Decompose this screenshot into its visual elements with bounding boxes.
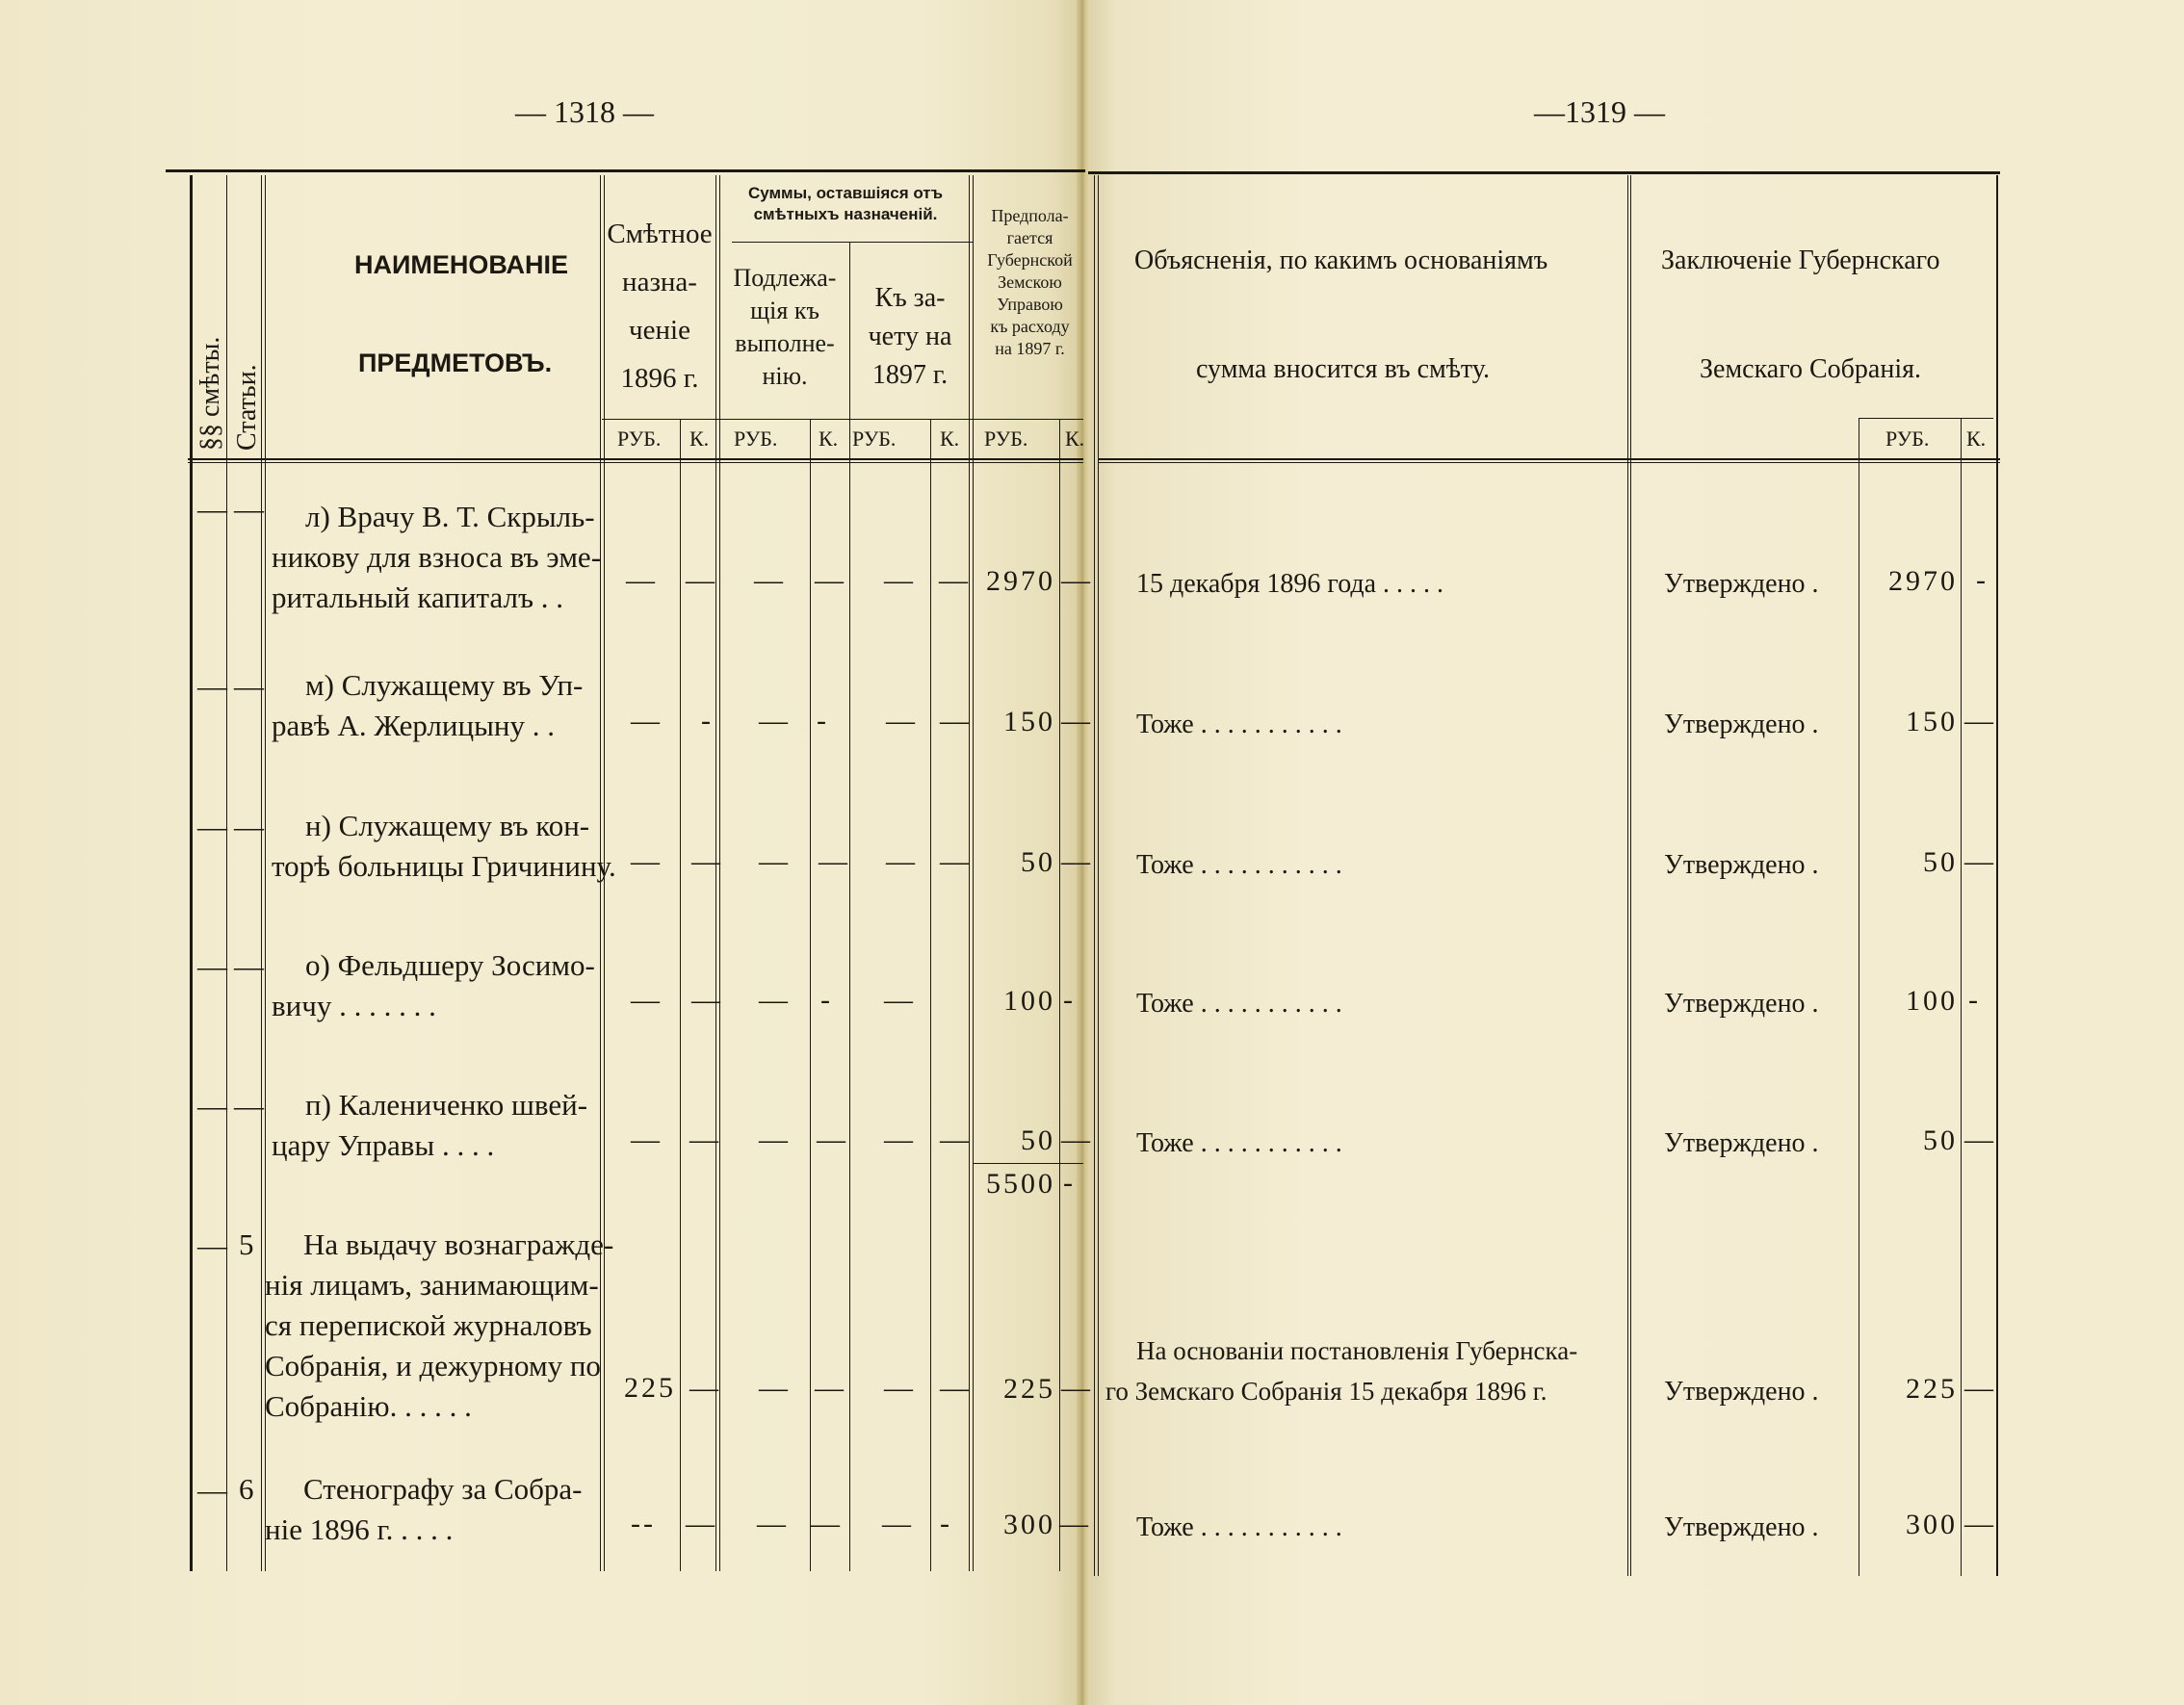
- credit-rub: —: [886, 705, 918, 737]
- section-cell: —: [197, 666, 227, 707]
- vline: [1627, 175, 1628, 1576]
- proposed-kop: —: [1061, 1124, 1093, 1156]
- exec-rub: —: [759, 984, 791, 1017]
- hdr-credit-l1: Къ за-: [851, 279, 969, 318]
- section-cell: —: [197, 1470, 227, 1511]
- explanation-text: Тоже . . . . . . . . . . .: [1136, 984, 1342, 1024]
- exec-rub: —: [759, 845, 791, 878]
- vline: [1059, 419, 1060, 1571]
- vline: [680, 419, 681, 1571]
- approved-kop: —: [1964, 1372, 1996, 1405]
- budget-kop: —: [686, 1508, 717, 1540]
- credit-kop: —: [940, 705, 972, 737]
- budget-rub: —: [631, 705, 663, 737]
- item-name: о) Фельдшеру Зосимо- вичу . . . . . . .: [272, 945, 595, 1026]
- item-name: м) Служащему въ Уп- равѣ А. Жерлицыну . …: [272, 665, 583, 746]
- hdr-exec-l4: нію.: [722, 360, 847, 393]
- vline: [1094, 175, 1095, 1576]
- approved-rub: 2970: [1888, 565, 1958, 598]
- approved-kop: —: [1964, 845, 1996, 878]
- conclusion-text: Утверждено .: [1664, 984, 1819, 1024]
- hdr-credit-l2: чету на: [851, 318, 969, 356]
- budget-rub: —: [626, 564, 658, 597]
- header-rule-right-2: [1098, 462, 2000, 463]
- hdr-exec-l3: выполне-: [722, 327, 847, 360]
- section-cell: —: [197, 807, 227, 847]
- credit-rub: —: [886, 845, 918, 878]
- name-line: Собранію. . . . . .: [265, 1386, 613, 1427]
- vline: [1630, 175, 1631, 1576]
- conclusion-text: Утверждено .: [1664, 845, 1819, 886]
- approved-rub: 150: [1906, 706, 1958, 738]
- proposed-rub: 150: [1003, 706, 1055, 738]
- kop-label: К.: [1966, 426, 1986, 452]
- budget-rub: —: [631, 845, 663, 878]
- header-conclusion-line1: Заключеніе Губернскаго: [1661, 245, 1939, 276]
- exec-kop: —: [815, 1372, 846, 1405]
- header-explanation-line1: Объясненія, по какимъ основаніямъ: [1134, 245, 1547, 276]
- header-budget-l4: 1896 г.: [605, 354, 715, 402]
- budget-kop: —: [689, 1124, 721, 1156]
- proposed-rub: 100: [1003, 985, 1055, 1018]
- proposed-rub: 50: [1021, 1124, 1055, 1157]
- proposed-rub: 300: [1003, 1509, 1055, 1541]
- explanation-line: На основаніи постановленія Губернска-: [1105, 1330, 1577, 1371]
- name-line: Собранія, и дежурному по: [265, 1346, 613, 1386]
- header-name-line1: НАИМЕНОВАНІЕ: [354, 250, 568, 280]
- name-line: равѣ А. Жерлицыну . .: [272, 706, 583, 746]
- proposed-kop: —: [1059, 1508, 1091, 1540]
- exec-kop: —: [815, 564, 846, 597]
- proposed-kop: -: [1063, 984, 1076, 1017]
- rub-label: РУБ.: [617, 426, 661, 452]
- header-article: Статьи.: [232, 364, 263, 451]
- section-cell: —: [197, 1226, 227, 1266]
- hdr-prop-l2: гается: [975, 227, 1085, 249]
- proposed-kop: —: [1061, 705, 1093, 737]
- hdr-credit-l3: 1897 г.: [851, 356, 969, 395]
- rubkop-rule-left: [602, 419, 1083, 420]
- article-cell: —: [234, 807, 264, 847]
- header-name-line2: ПРЕДМЕТОВЪ.: [358, 349, 552, 378]
- subtotal-proposed-rub: 5500: [986, 1168, 1055, 1201]
- vline: [1996, 175, 1998, 1576]
- name-line: На выдачу вознагражде-: [265, 1225, 613, 1265]
- rub-label: РУБ.: [1885, 426, 1929, 452]
- exec-kop: —: [817, 1124, 848, 1156]
- hdr-prop-l6: къ расходу: [975, 316, 1085, 338]
- kop-label: К.: [689, 426, 709, 452]
- item-name: н) Служащему въ кон- торѣ больницы Гричи…: [272, 806, 616, 887]
- budget-kop: —: [691, 845, 723, 878]
- conclusion-text: Утверждено .: [1664, 705, 1819, 745]
- name-line: о) Фельдшеру Зосимо-: [272, 945, 595, 986]
- header-rule-left: [188, 458, 1083, 460]
- budget-kop: —: [691, 984, 723, 1017]
- name-line: л) Врачу В. Т. Скрыль-: [272, 497, 601, 537]
- section-cell: —: [197, 1086, 227, 1126]
- vline: [226, 175, 227, 1571]
- exec-kop: —: [819, 845, 850, 878]
- exec-rub: —: [757, 1508, 789, 1540]
- header-rule-right: [1098, 458, 2000, 460]
- explanation-text: Тоже . . . . . . . . . . .: [1136, 1124, 1342, 1164]
- credit-kop: —: [939, 564, 971, 597]
- header-remaining-exec: Подлежа- щія къ выполне- нію.: [722, 262, 847, 393]
- vline: [849, 243, 850, 1571]
- name-line: м) Служащему въ Уп-: [272, 665, 583, 706]
- approved-kop: —: [1964, 1508, 1996, 1540]
- section-cell: —: [197, 489, 227, 530]
- vline: [1961, 418, 1962, 1576]
- credit-rub: —: [884, 984, 916, 1017]
- header-rule-left-2: [188, 462, 1083, 463]
- credit-rub: —: [884, 1372, 916, 1405]
- budget-rub: --: [631, 1508, 656, 1540]
- explanation-text: 15 декабря 1896 года . . . . .: [1136, 564, 1443, 605]
- hdr-prop-l4: Земскою: [975, 271, 1085, 294]
- page-number-right: —1319 —: [1534, 94, 1665, 130]
- item-name: Стенографу за Собра- ніе 1896 г. . . . .: [265, 1469, 583, 1550]
- article-cell: —: [234, 1086, 264, 1126]
- header-remaining-group: Суммы, оставшіяся отъ смѣтныхъ назначені…: [722, 183, 969, 225]
- budget-kop: —: [689, 1372, 721, 1405]
- conclusion-text: Утверждено .: [1664, 1508, 1819, 1548]
- name-line: Стенографу за Собра-: [265, 1469, 583, 1510]
- budget-kop: —: [686, 564, 717, 597]
- rubkop-rule-right: [1859, 418, 1993, 419]
- header-budget-l3: ченіе: [605, 306, 715, 354]
- exec-rub: —: [759, 1124, 791, 1156]
- proposed-kop: —: [1061, 1372, 1093, 1405]
- explanation-text: Тоже . . . . . . . . . . .: [1136, 705, 1342, 745]
- item-name: л) Врачу В. Т. Скрыль- никову для взноса…: [272, 497, 601, 618]
- article-cell: —: [234, 489, 264, 530]
- hdr-prop-l5: Управою: [975, 294, 1085, 316]
- header-explanation-line2: сумма вносится въ смѣту.: [1196, 354, 1490, 385]
- item-name: п) Калениченко швей- цару Управы . . . .: [272, 1085, 587, 1166]
- conclusion-text: Утверждено .: [1664, 1372, 1819, 1412]
- header-proposed: Предпола- гается Губернской Земскою Упра…: [975, 205, 1085, 360]
- credit-kop: —: [940, 1124, 972, 1156]
- approved-rub: 100: [1906, 985, 1958, 1018]
- section-cell: —: [197, 946, 227, 987]
- exec-rub: —: [759, 705, 791, 737]
- vline: [973, 175, 974, 1571]
- exec-rub: —: [759, 1372, 791, 1405]
- subtotal-rule: [973, 1163, 1083, 1164]
- approved-kop: -: [1976, 564, 1989, 597]
- conclusion-text: Утверждено .: [1664, 1124, 1819, 1164]
- rub-label: РУБ.: [984, 426, 1027, 452]
- kop-label: К.: [819, 426, 838, 452]
- approved-kop: —: [1964, 705, 1996, 737]
- explanation-text: Тоже . . . . . . . . . . .: [1136, 845, 1342, 886]
- group-rule: [732, 242, 973, 243]
- credit-kop: —: [940, 1372, 972, 1405]
- name-line: вичу . . . . . . .: [272, 986, 595, 1026]
- approved-rub: 50: [1923, 1124, 1958, 1157]
- article-cell: 6: [239, 1469, 254, 1510]
- header-budget-l2: назна-: [605, 258, 715, 306]
- proposed-rub: 2970: [986, 565, 1055, 598]
- rub-label: РУБ.: [734, 426, 777, 452]
- exec-kop: -: [820, 984, 833, 1017]
- explanation-text: Тоже . . . . . . . . . . .: [1136, 1508, 1342, 1548]
- top-rule-right: [1088, 171, 2000, 174]
- header-remaining-credit: Къ за- чету на 1897 г.: [851, 279, 969, 395]
- name-line: никову для взноса въ эме-: [272, 537, 601, 578]
- page-number-left: — 1318 —: [515, 94, 654, 130]
- approved-rub: 300: [1906, 1509, 1958, 1541]
- header-budget: Смѣтное назна- ченіе 1896 г.: [605, 210, 715, 402]
- vline: [1098, 175, 1099, 1576]
- hdr-exec-l2: щія къ: [722, 295, 847, 327]
- proposed-rub: 225: [1003, 1373, 1055, 1406]
- budget-rub: —: [631, 984, 663, 1017]
- explanation-line: го Земскаго Собранія 15 декабря 1896 г.: [1105, 1371, 1577, 1411]
- credit-kop: -: [940, 1508, 952, 1540]
- article-cell: —: [234, 666, 264, 707]
- credit-rub: —: [882, 1508, 914, 1540]
- credit-rub: —: [884, 564, 916, 597]
- budget-rub: 225: [624, 1372, 676, 1405]
- kop-label: К.: [1065, 426, 1084, 452]
- vline: [930, 419, 931, 1571]
- article-cell: —: [234, 946, 264, 987]
- proposed-kop: —: [1061, 564, 1093, 597]
- name-line: п) Калениченко швей-: [272, 1085, 587, 1125]
- vline: [1859, 418, 1859, 1576]
- article-cell: 5: [239, 1225, 254, 1265]
- approved-rub: 50: [1923, 846, 1958, 879]
- hdr-prop-l3: Губернской: [975, 249, 1085, 271]
- exec-rub: —: [754, 564, 786, 597]
- exec-kop: —: [811, 1508, 843, 1540]
- vline: [190, 175, 193, 1571]
- kop-label: К.: [940, 426, 959, 452]
- name-line: нія лицамъ, занимающим-: [265, 1265, 613, 1305]
- rub-label: РУБ.: [852, 426, 896, 452]
- name-line: ніе 1896 г. . . . .: [265, 1510, 583, 1550]
- hdr-exec-l1: Подлежа-: [722, 262, 847, 295]
- approved-kop: -: [1968, 984, 1981, 1017]
- header-remaining-l1: Суммы, оставшіяся отъ: [722, 183, 969, 204]
- name-line: н) Служащему въ кон-: [272, 806, 616, 846]
- top-rule-left: [166, 169, 1085, 172]
- conclusion-text: Утверждено .: [1664, 564, 1819, 605]
- budget-kop: -: [701, 705, 714, 737]
- name-line: ся перепиской журналовъ: [265, 1305, 613, 1346]
- credit-rub: —: [884, 1124, 916, 1156]
- exec-kop: -: [817, 705, 829, 737]
- header-remaining-l2: смѣтныхъ назначеній.: [722, 204, 969, 225]
- header-budget-l1: Смѣтное: [605, 210, 715, 258]
- hdr-prop-l7: на 1897 г.: [975, 338, 1085, 360]
- proposed-rub: 50: [1021, 846, 1055, 879]
- explanation-text: На основаніи постановленія Губернска- го…: [1105, 1330, 1577, 1411]
- credit-kop: —: [940, 845, 972, 878]
- hdr-prop-l1: Предпола-: [975, 205, 1085, 227]
- name-line: торѣ больницы Гричинину.: [272, 846, 616, 887]
- budget-rub: —: [631, 1124, 663, 1156]
- proposed-kop: —: [1061, 845, 1093, 878]
- item-name: На выдачу вознагражде- нія лицамъ, заним…: [265, 1225, 613, 1427]
- approved-rub: 225: [1906, 1373, 1958, 1406]
- header-section-symbol: §§ смѣты.: [195, 337, 226, 451]
- name-line: цару Управы . . . .: [272, 1125, 587, 1166]
- approved-kop: —: [1964, 1124, 1996, 1156]
- header-conclusion-line2: Земскаго Собранія.: [1700, 354, 1921, 385]
- name-line: ритальный капиталъ . .: [272, 578, 601, 618]
- vline: [810, 419, 811, 1571]
- subtotal-proposed-kop: -: [1063, 1167, 1076, 1200]
